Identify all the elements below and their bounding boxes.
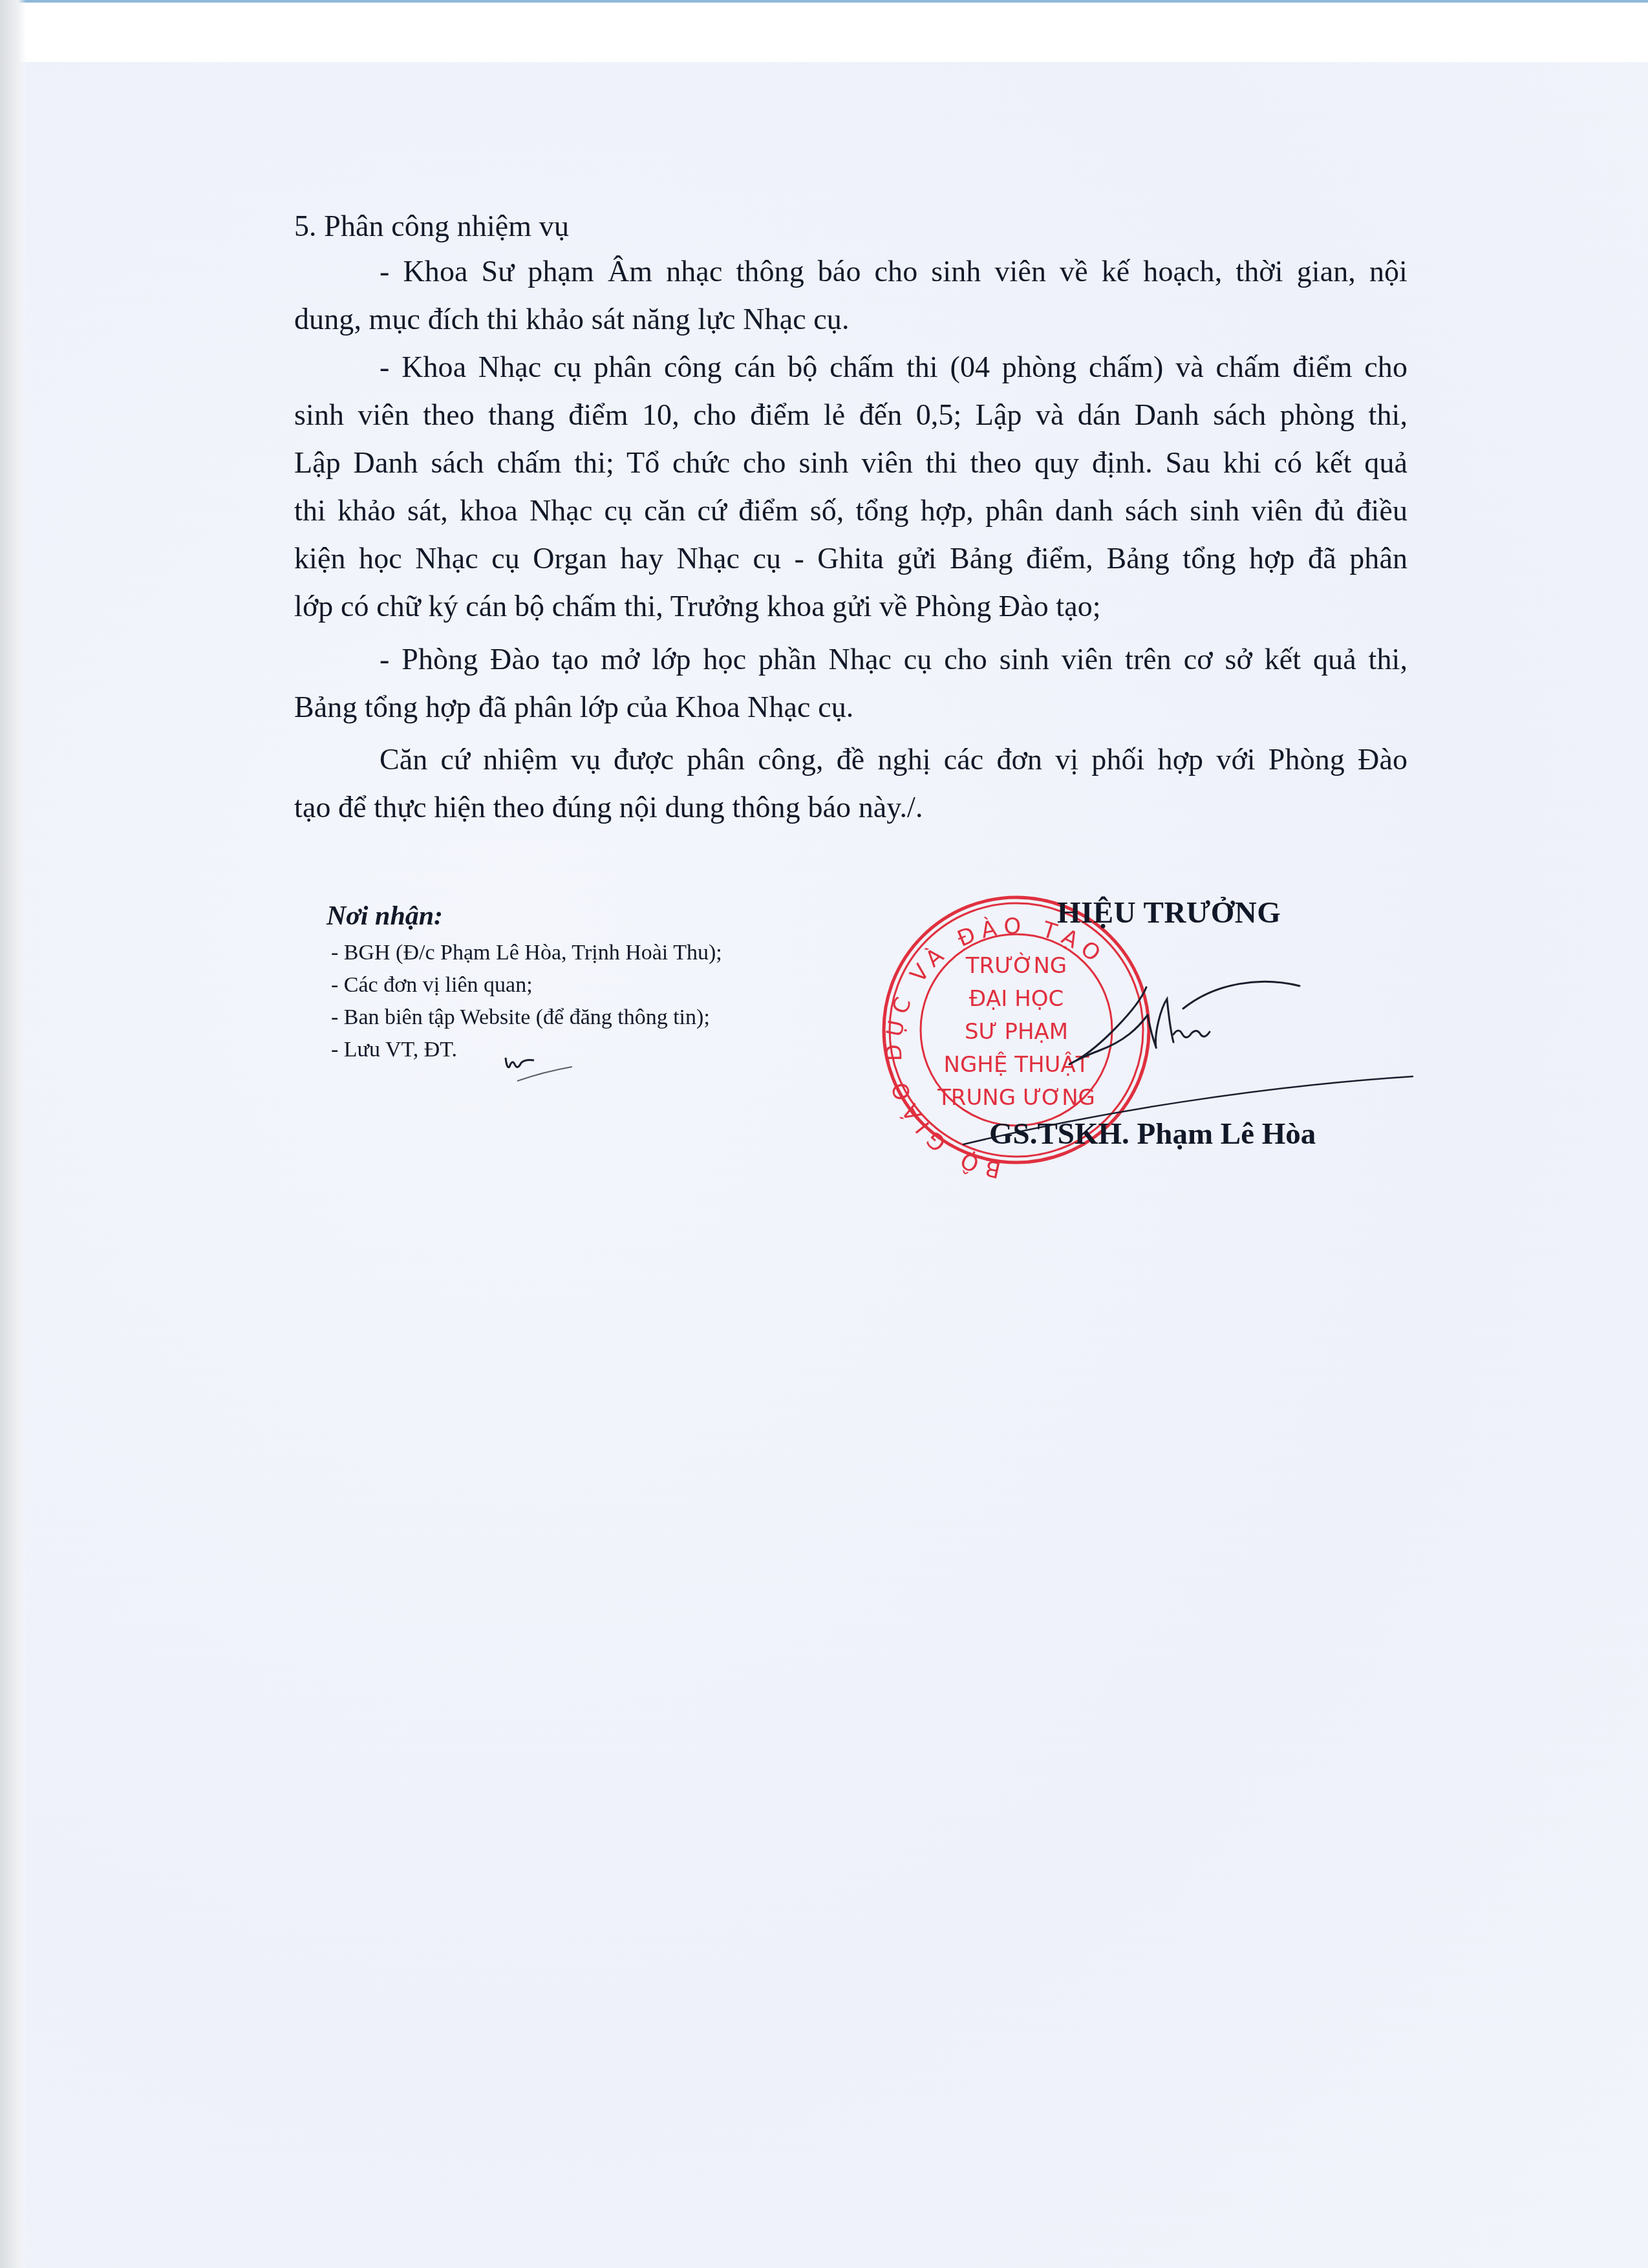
stamp-center-line: TRUNG ƯƠNG [937,1085,1095,1111]
stamp-and-signature-layer: BỘ GIÁO DỤC VÀ ĐÀO TẠO TRƯỜNG ĐẠI HỌC SƯ… [0,0,1648,2268]
stamp-center-line: ĐẠI HỌC [969,986,1064,1012]
signer-name: GS.TSKH. Phạm Lê Hòa [989,1117,1316,1151]
signer-title: HIỆU TRƯỞNG [1057,895,1281,930]
initials-mark [506,1058,572,1081]
stamp-center-line: SƯ PHẠM [965,1019,1068,1045]
stamp-center-line: TRƯỜNG [965,952,1067,979]
stamp-center-line: NGHỆ THUẬT [944,1051,1089,1078]
